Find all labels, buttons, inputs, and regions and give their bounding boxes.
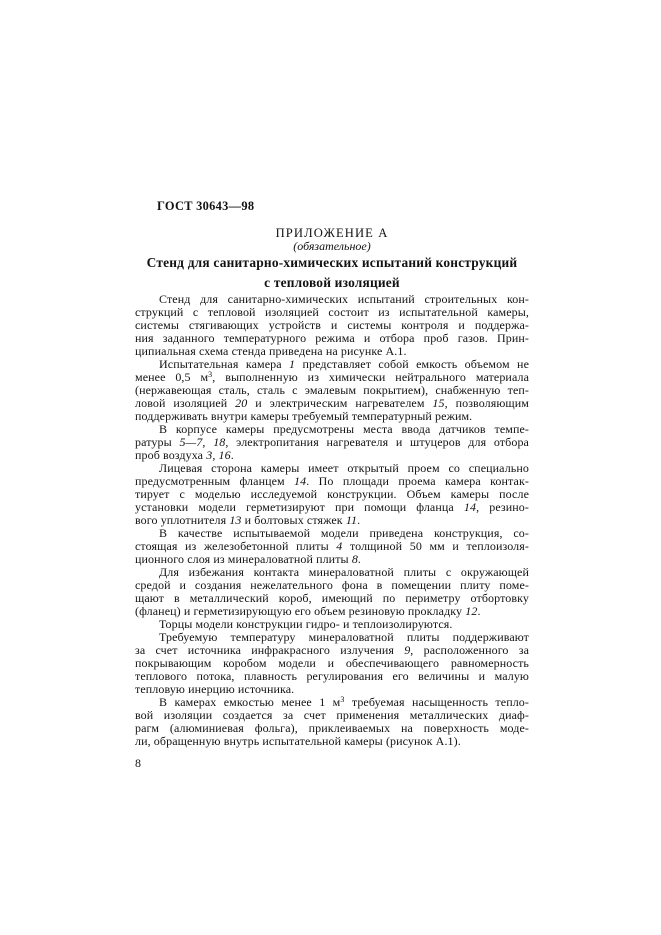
text-segment: , резино- bbox=[476, 500, 529, 514]
section-title-line-2: с тепловой изоляцией bbox=[135, 273, 529, 293]
paragraph: В камерах емкостью менее 1 м3 требуемая … bbox=[135, 696, 529, 748]
text-segment: ловой изоляцией bbox=[135, 396, 235, 410]
text-segment: тепловую инерцию источника. bbox=[135, 682, 294, 696]
text-segment: системы стягивающих устройств и системы … bbox=[135, 318, 529, 332]
paragraph: Лицевая сторона камеры имеет открытый пр… bbox=[135, 462, 529, 527]
text-segment: и электрическим нагревателем bbox=[247, 396, 432, 410]
figure-reference: 15 bbox=[432, 396, 444, 410]
text-segment: средой и создания нежелательного фона в … bbox=[135, 578, 529, 592]
text-segment: (фланец) и герметизирующую его объем рез… bbox=[135, 604, 465, 618]
figure-reference: 11 bbox=[346, 513, 357, 527]
text-segment: теплового потока, плавность регулировани… bbox=[135, 669, 529, 683]
text-segment: струкций с тепловой изоляцией состоит из… bbox=[135, 305, 529, 319]
text-segment: менее 0,5 м bbox=[135, 370, 208, 384]
appendix-note: (обязательное) bbox=[135, 240, 529, 253]
text-segment: ния заданного температурного режима и от… bbox=[135, 331, 529, 345]
figure-reference: 13 bbox=[229, 513, 241, 527]
text-segment: стоящая из железобетонной плиты bbox=[135, 539, 336, 553]
superscript: 3 bbox=[340, 695, 344, 704]
text-segment: ли, обращенную внутрь испытательной каме… bbox=[135, 734, 461, 748]
text-line: ли, обращенную внутрь испытательной каме… bbox=[135, 735, 529, 748]
text-segment: щают в металлический короб, имеющий по п… bbox=[135, 591, 529, 605]
paragraph: Стенд для санитарно-химических испытаний… bbox=[135, 293, 529, 358]
text-segment: . bbox=[357, 513, 360, 527]
paragraph: В качестве испытываемой модели приведена… bbox=[135, 527, 529, 566]
running-header: ГОСТ 30643—98 bbox=[157, 200, 529, 212]
paragraph: В корпусе камеры предусмотрены места вво… bbox=[135, 423, 529, 462]
text-segment: покрывающим коробом модели и обеспечиваю… bbox=[135, 656, 529, 670]
text-segment: вой изоляции создается за счет применени… bbox=[135, 708, 529, 722]
text-segment: электропитания нагревателя и штуцеров дл… bbox=[229, 435, 529, 449]
paragraph: Для избежания контакта минераловатной пл… bbox=[135, 566, 529, 618]
text-segment: . bbox=[477, 604, 480, 618]
text-segment: установки модели герметизируют при помощ… bbox=[135, 500, 464, 514]
text-segment: (нержавеющая сталь, сталь с эмалевым пок… bbox=[135, 383, 529, 397]
text-segment: Требуемую температуру минераловатной пли… bbox=[159, 630, 529, 644]
text-segment: В корпусе камеры предусмотрены места вво… bbox=[159, 422, 529, 436]
text-segment: ципиальная схема стенда приведена на рис… bbox=[135, 344, 407, 358]
text-segment: В камерах емкостью менее 1 м bbox=[159, 695, 340, 709]
text-segment: , позволяющим bbox=[445, 396, 529, 410]
text-segment: тирует с моделью исследуемой конструкции… bbox=[135, 487, 529, 501]
text-segment: требуемая насыщенность тепло- bbox=[344, 695, 529, 709]
text-segment: ционного слоя из минераловатной плиты bbox=[135, 552, 352, 566]
text-segment: , выполненную из химически нейтрального … bbox=[212, 370, 529, 384]
superscript: 3 bbox=[208, 370, 212, 379]
text-segment: за счет источника инфракрасного излучени… bbox=[135, 643, 404, 657]
text-segment: Торцы модели конструкции гидро- и теплои… bbox=[159, 617, 452, 631]
text-block: ГОСТ 30643—98 ПРИЛОЖЕНИЕ А (обязательное… bbox=[135, 200, 529, 770]
figure-reference: 5—7, 18, bbox=[179, 435, 228, 449]
text-segment: Лицевая сторона камеры имеет открытый пр… bbox=[159, 461, 529, 475]
text-segment: рагм (алюминиевая фольга), приклеиваемых… bbox=[135, 721, 529, 735]
section-title: Стенд для санитарно-химических испытаний… bbox=[135, 253, 529, 293]
figure-reference: 12 bbox=[465, 604, 477, 618]
text-segment: предусмотренным фланцем bbox=[135, 474, 294, 488]
text-segment: поддерживать внутри камеры требуемый тем… bbox=[135, 409, 472, 423]
figure-reference: 14 bbox=[464, 500, 476, 514]
text-segment: представляет собой емкость объемом не bbox=[295, 357, 529, 371]
text-segment: Испытательная камера bbox=[159, 357, 289, 371]
text-segment: проб воздуха bbox=[135, 448, 206, 462]
page-number: 8 bbox=[135, 757, 529, 770]
section-title-line-1: Стенд для санитарно-химических испытаний… bbox=[135, 253, 529, 273]
paragraph: Требуемую температуру минераловатной пли… bbox=[135, 631, 529, 696]
text-segment: . bbox=[358, 552, 361, 566]
text-segment: ратуры bbox=[135, 435, 179, 449]
document-page: ГОСТ 30643—98 ПРИЛОЖЕНИЕ А (обязательное… bbox=[0, 0, 661, 935]
text-segment: Стенд для санитарно-химических испытаний… bbox=[159, 292, 529, 306]
text-segment: . bbox=[231, 448, 234, 462]
figure-reference: 20 bbox=[235, 396, 247, 410]
body-paragraphs: Стенд для санитарно-химических испытаний… bbox=[135, 293, 529, 748]
text-segment: вого уплотнителя bbox=[135, 513, 229, 527]
text-segment: . По площади проема камера контак- bbox=[306, 474, 529, 488]
text-segment: В качестве испытываемой модели приведена… bbox=[159, 526, 529, 540]
text-segment: Для избежания контакта минераловатной пл… bbox=[159, 565, 529, 579]
text-segment: , расположенного за bbox=[410, 643, 529, 657]
text-segment: толщиной 50 мм и теплоизоля- bbox=[342, 539, 529, 553]
paragraph: Испытательная камера 1 представляет собо… bbox=[135, 358, 529, 423]
text-segment: и болтовых стяжек bbox=[242, 513, 346, 527]
figure-reference: 14 bbox=[294, 474, 306, 488]
figure-reference: 3, 16 bbox=[206, 448, 231, 462]
